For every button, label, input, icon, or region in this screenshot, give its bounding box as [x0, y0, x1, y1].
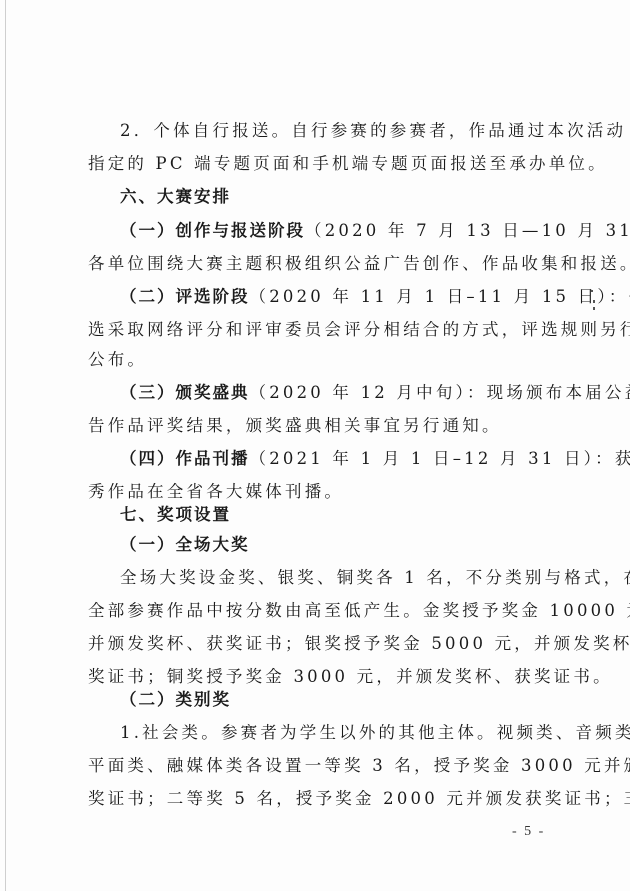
schedule-item-3: （三）颁奖盛典（2020 年 12 月中旬）：现场颁布本届公益广	[120, 383, 630, 403]
paragraph-line: 平面类、融媒体类各设置一等奖 3 名，授予奖金 3000 元并颁发获	[88, 756, 630, 776]
paragraph-line: 指定的 PC 端专题页面和手机端专题页面报送至承办单位。	[88, 154, 608, 174]
schedule-item-title: （一）创作与报送阶段	[120, 221, 305, 240]
schedule-item-2: （二）评选阶段（2020 年 11 月 1 日–11 月 15 日）：作品评	[120, 287, 630, 307]
paragraph-line: 选采取网络评分和评审委员会评分相结合的方式，评选规则另行	[88, 320, 630, 340]
paragraph-line: 2．个体自行报送。自行参赛的参赛者，作品通过本次活动	[120, 121, 626, 141]
section-heading-seven: 七、奖项设置	[120, 505, 231, 525]
paragraph-line: 全场大奖设金奖、银奖、铜奖各 1 名，不分类别与格式，在	[120, 568, 630, 588]
paragraph-line: 奖证书；二等奖 5 名，授予奖金 2000 元并颁发获奖证书；三等奖	[88, 789, 630, 809]
schedule-item-title: （四）作品刊播	[120, 449, 250, 468]
scan-speck	[591, 290, 593, 292]
paragraph-line: 告作品评奖结果，颁奖盛典相关事宜另行通知。	[88, 416, 502, 436]
scan-speck	[593, 307, 595, 310]
schedule-item-title: （三）颁奖盛典	[120, 383, 250, 402]
paragraph-line: 全部参赛作品中按分数由高至低产生。金奖授予奖金 10000 元，	[88, 601, 630, 621]
schedule-item-date: （2021 年 1 月 1 日–12 月 31 日）：获奖的优	[250, 449, 630, 468]
paragraph-line: 并颁发奖杯、获奖证书；银奖授予奖金 5000 元，并颁发奖杯、获	[88, 634, 630, 654]
scan-speck	[593, 300, 595, 303]
paragraph-line: 奖证书；铜奖授予奖金 3000 元，并颁发奖杯、获奖证书。	[88, 667, 613, 687]
paragraph-line: 各单位围绕大赛主题积极组织公益广告创作、作品收集和报送。	[88, 254, 630, 274]
page-number: - 5 -	[512, 824, 545, 840]
paragraph-line: 秀作品在全省各大媒体刊播。	[88, 482, 344, 502]
schedule-item-date: （2020 年 12 月中旬）：现场颁布本届公益广	[250, 383, 630, 402]
subsection-heading-category-prize: （二）类别奖	[120, 690, 231, 710]
schedule-item-date: （2020 年 7 月 13 日—10 月 31 日）：	[305, 221, 630, 240]
scan-edge-line	[5, 0, 6, 891]
schedule-item-date: （2020 年 11 月 1 日–11 月 15 日）：作品评	[250, 287, 630, 306]
schedule-item-title: （二）评选阶段	[120, 287, 250, 306]
subsection-heading-grand-prize: （一）全场大奖	[120, 535, 250, 555]
section-heading-six: 六、大赛安排	[120, 187, 231, 207]
schedule-item-4: （四）作品刊播（2021 年 1 月 1 日–12 月 31 日）：获奖的优	[120, 449, 630, 469]
paragraph-line: 公布。	[88, 350, 147, 370]
paragraph-line: 1.社会类。参赛者为学生以外的其他主体。视频类、音频类、	[120, 723, 630, 743]
schedule-item-1: （一）创作与报送阶段（2020 年 7 月 13 日—10 月 31 日）：	[120, 221, 630, 241]
